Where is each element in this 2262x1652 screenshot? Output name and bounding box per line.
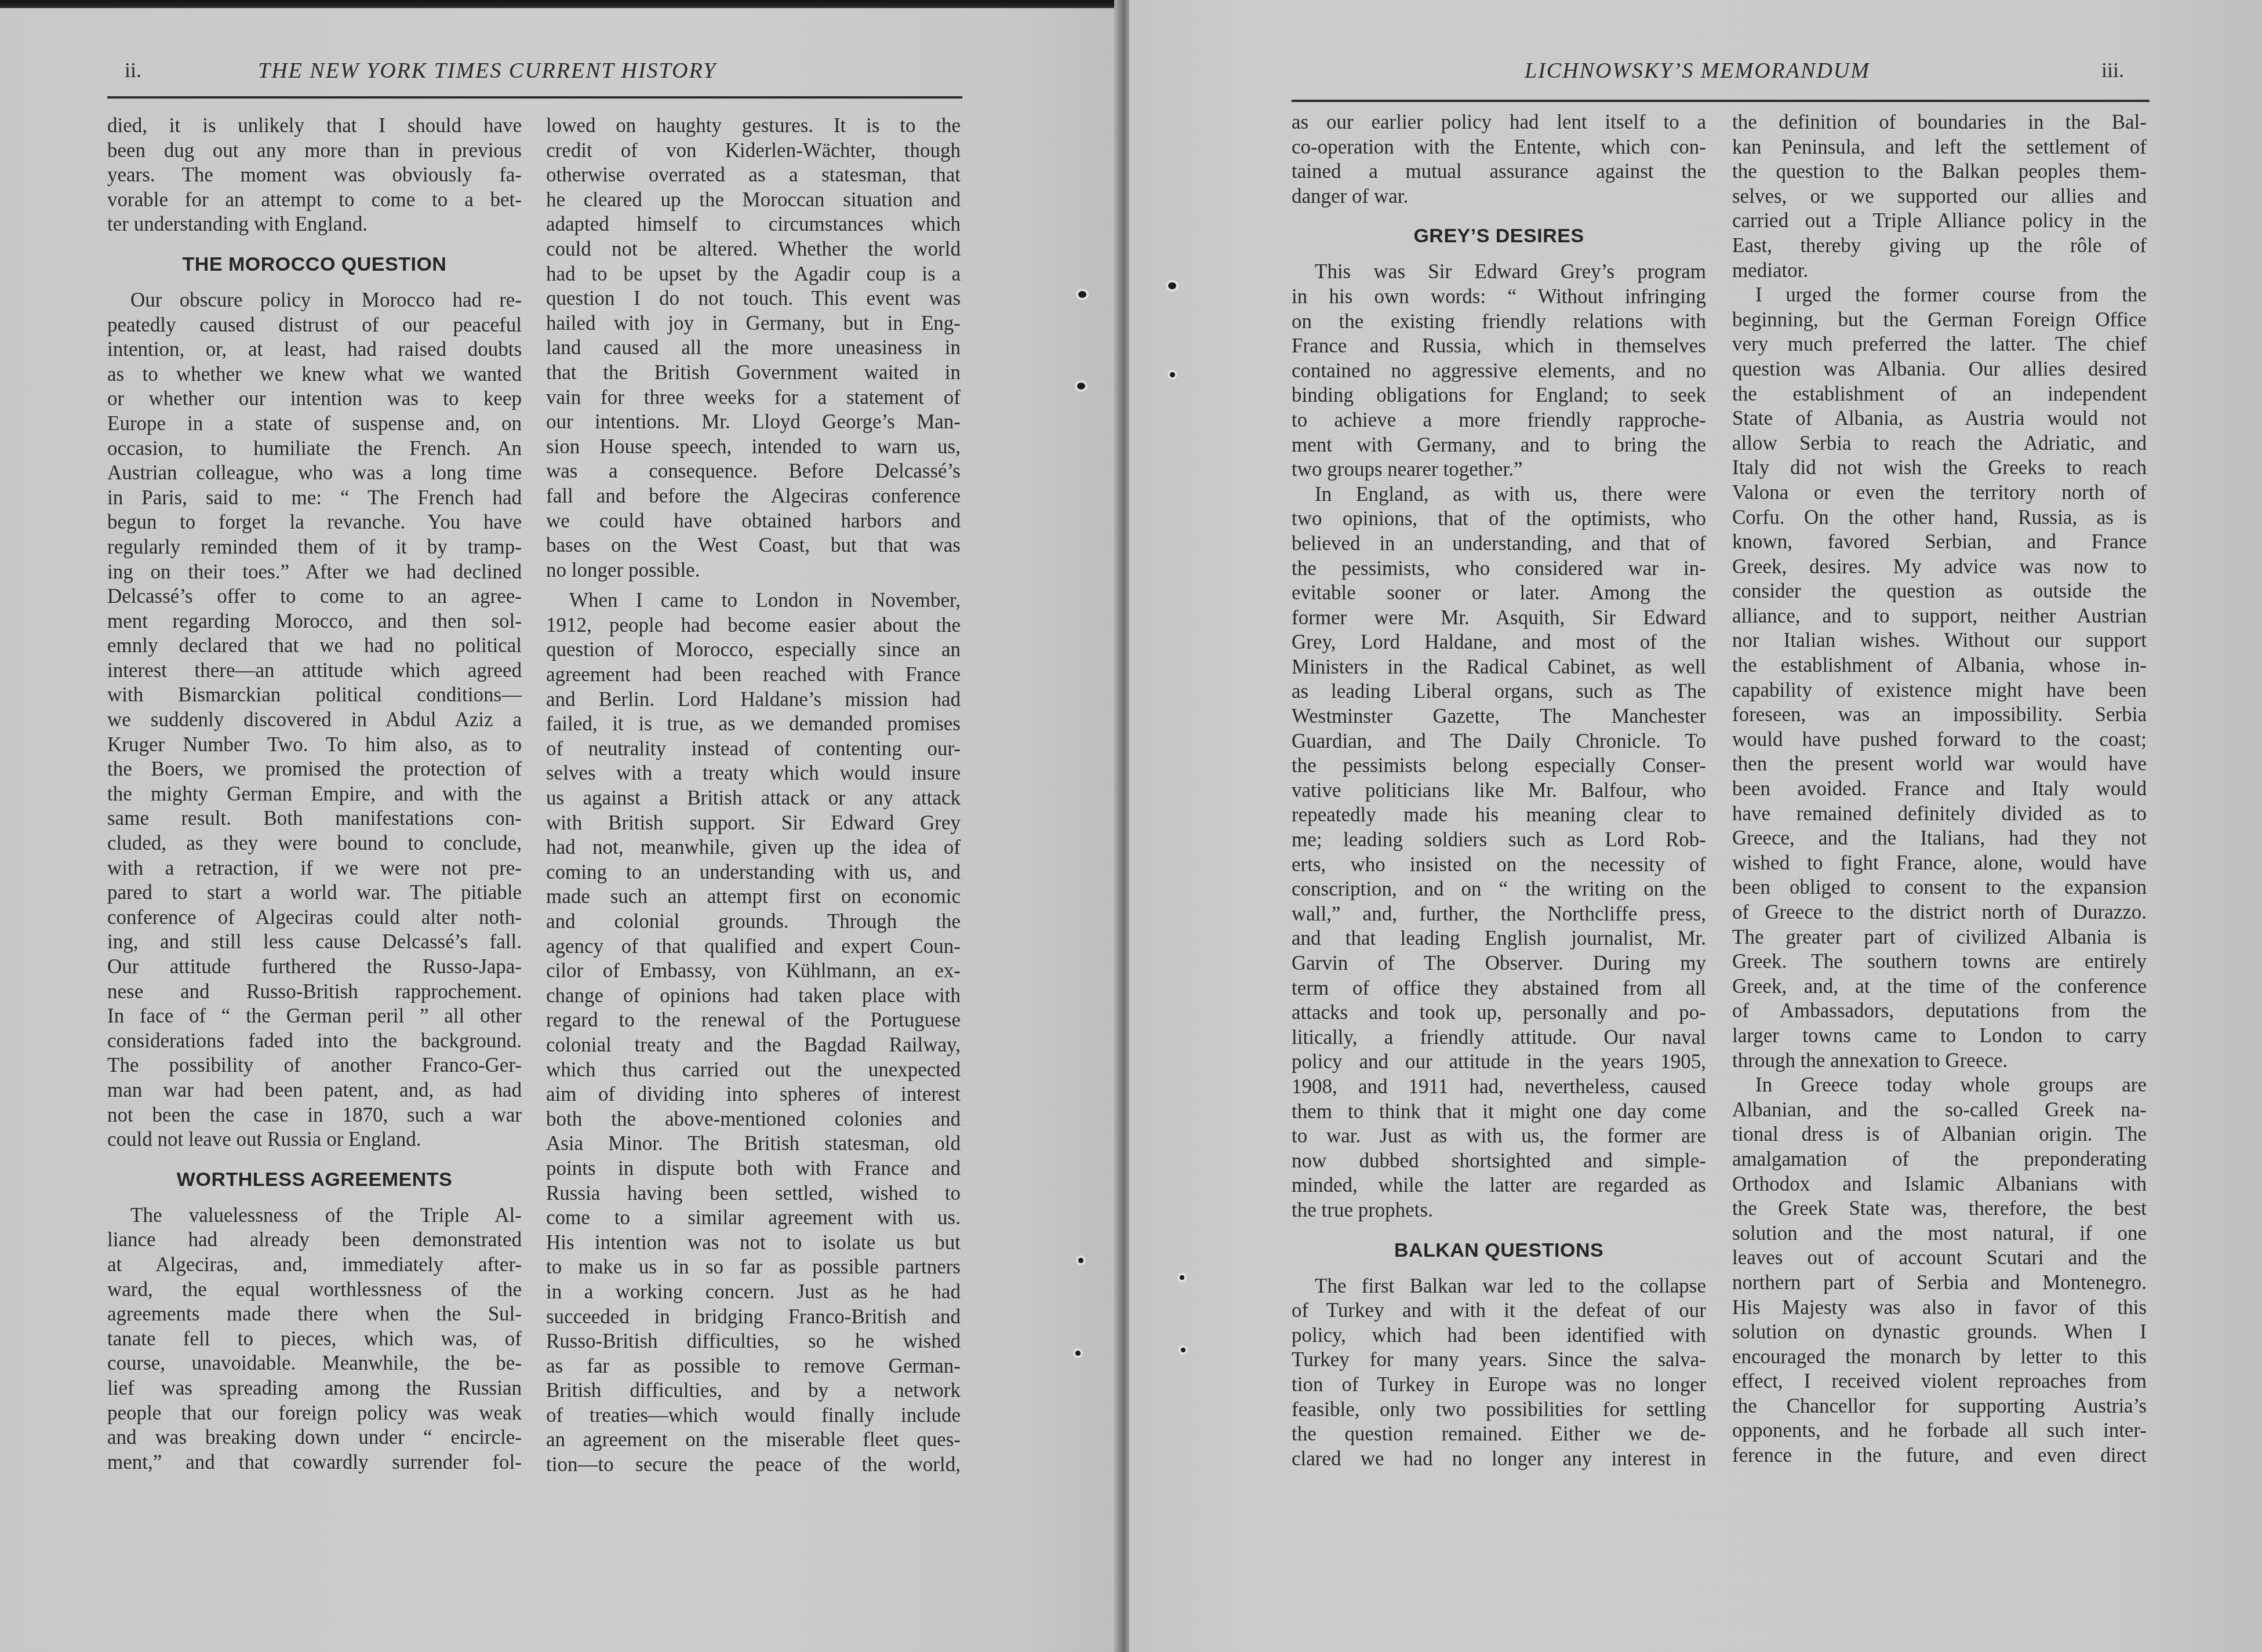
text-line: and was breaking down under “ encircle- bbox=[107, 1425, 522, 1450]
text-line: of treaties—which would finally include bbox=[546, 1403, 961, 1428]
text-line: co-operation with the Entente, which con… bbox=[1292, 135, 1706, 160]
text-line: In Greece today whole groups are bbox=[1732, 1073, 2147, 1098]
text-line: emnly declared that we had no political bbox=[107, 634, 522, 658]
text-line: change of opinions had taken place with bbox=[546, 984, 961, 1009]
text-line: begun to forget la revanche. You have bbox=[107, 510, 522, 535]
text-line: had not, meanwhile, given up the idea of bbox=[546, 835, 961, 860]
text-line: question was Albania. Our allies desired bbox=[1732, 357, 2147, 382]
text-line: interest there—an attitude which agreed bbox=[107, 658, 522, 683]
text-line: coming to an understanding with us, and bbox=[546, 860, 961, 885]
text-line: ment regarding Morocco, and then sol- bbox=[107, 609, 522, 634]
text-line: the question remained. Either we de- bbox=[1292, 1422, 1706, 1447]
text-line: or whether our intention was to keep bbox=[107, 387, 522, 412]
text-line: in a working concern. Just as he had bbox=[546, 1280, 961, 1305]
text-line: the Greek State was, therefore, the best bbox=[1732, 1196, 2147, 1221]
folio-right: iii. bbox=[2101, 58, 2124, 82]
book-cover-edge bbox=[0, 0, 1128, 8]
text-line: had to be upset by the Agadir coup is a bbox=[546, 262, 961, 287]
binding-hole bbox=[1077, 383, 1085, 390]
text-line: vorable for an attempt to come to a bet- bbox=[107, 188, 522, 213]
text-line: as leading Liberal organs, such as The bbox=[1292, 679, 1706, 704]
text-line: Russo-British difficulties, so he wished bbox=[546, 1329, 961, 1354]
left-page-column-2: lowed on haughty gestures. It is to thec… bbox=[546, 114, 961, 1478]
text-line: credit of von Kiderlen-Wächter, though bbox=[546, 139, 961, 163]
text-line: larger towns came to London to carry bbox=[1732, 1024, 2147, 1049]
text-line: binding obligations for England; to seek bbox=[1292, 383, 1706, 408]
text-line: both the above-mentioned colonies and bbox=[546, 1107, 961, 1132]
text-line: The possibility of another Franco-Ger- bbox=[107, 1053, 522, 1078]
text-line: Westminster Gazette, The Manchester bbox=[1292, 704, 1706, 729]
text-line: attacks and took up, personally and po- bbox=[1292, 1000, 1706, 1025]
text-line: as our earlier policy had lent itself to… bbox=[1292, 110, 1706, 135]
text-line: capability of existence might have been bbox=[1732, 678, 2147, 703]
text-line: wished to fight France, alone, would hav… bbox=[1732, 851, 2147, 876]
text-line: evitable sooner or later. Among the bbox=[1292, 581, 1706, 606]
text-line: the definition of boundaries in the Bal- bbox=[1732, 110, 2147, 135]
text-line: Turkey for many years. Since the salva- bbox=[1292, 1348, 1706, 1373]
text-line: through the annexation to Greece. bbox=[1732, 1049, 2147, 1074]
text-line: Our attitude furthered the Russo-Japa- bbox=[107, 955, 522, 980]
text-line: solution on dynastic grounds. When I bbox=[1732, 1320, 2147, 1345]
text-line: of Turkey and with it the defeat of our bbox=[1292, 1298, 1706, 1323]
text-line: conscription, and on “ the writing on th… bbox=[1292, 877, 1706, 902]
text-line: the pessimists belong especially Conser- bbox=[1292, 754, 1706, 778]
text-line: to achieve a more friendly rapproche- bbox=[1292, 408, 1706, 433]
text-line: danger of war. bbox=[1292, 184, 1706, 209]
text-line: of neutrality instead of contenting our- bbox=[546, 737, 961, 762]
text-line: encouraged the monarch by letter to this bbox=[1732, 1345, 2147, 1370]
text-line: Russia having been settled, wished to bbox=[546, 1181, 961, 1206]
text-line: intention, or, at least, had raised doub… bbox=[107, 337, 522, 362]
binding-hole bbox=[1180, 1275, 1184, 1280]
text-line: agreements made there when the Sul- bbox=[107, 1302, 522, 1327]
text-line: Corfu. On the other hand, Russia, as is bbox=[1732, 505, 2147, 530]
text-line: and colonial grounds. Through the bbox=[546, 909, 961, 934]
binding-hole bbox=[1168, 282, 1176, 289]
text-line: beginning, but the German Foreign Office bbox=[1732, 308, 2147, 333]
text-line: Greece, and the Italians, had they not bbox=[1732, 826, 2147, 851]
text-line: carried out a Triple Alliance policy in … bbox=[1732, 209, 2147, 234]
text-line: Asia Minor. The British statesman, old bbox=[546, 1131, 961, 1156]
text-line: the Chancellor for supporting Austria’s bbox=[1732, 1394, 2147, 1419]
text-line: the establishment of an independent bbox=[1732, 382, 2147, 407]
text-line: vative politicians like Mr. Balfour, who bbox=[1292, 778, 1706, 803]
binding-hole bbox=[1078, 291, 1086, 298]
text-line: the establishment of Albania, whose in- bbox=[1732, 653, 2147, 678]
right-page-column-2: the definition of boundaries in the Bal-… bbox=[1732, 110, 2147, 1468]
text-line: could not be altered. Whether the world bbox=[546, 237, 961, 262]
text-line: occasion, to humiliate the French. An bbox=[107, 436, 522, 461]
text-line: amalgamation of the preponderating bbox=[1732, 1147, 2147, 1172]
text-line: This was Sir Edward Grey’s program bbox=[1292, 260, 1706, 285]
text-line: on the existing friendly relations with bbox=[1292, 310, 1706, 334]
text-line: vain for three weeks for a statement of bbox=[546, 385, 961, 410]
text-line: Grey, Lord Haldane, and most of the bbox=[1292, 630, 1706, 655]
text-line: When I came to London in November, bbox=[546, 588, 961, 613]
text-line: we could have obtained harbors and bbox=[546, 509, 961, 534]
text-line: effect, I received violent reproaches fr… bbox=[1732, 1369, 2147, 1394]
text-line: bases on the West Coast, but that was bbox=[546, 533, 961, 558]
text-line: Ministers in the Radical Cabinet, as wel… bbox=[1292, 655, 1706, 680]
right-page-column-1: as our earlier policy had lent itself to… bbox=[1292, 110, 1706, 1471]
text-line: Guardian, and The Daily Chronicle. To bbox=[1292, 729, 1706, 754]
text-line: considerations faded into the background… bbox=[107, 1029, 522, 1054]
binding-hole bbox=[1170, 372, 1175, 377]
running-head-right: LICHNOWSKY’S MEMORANDUM bbox=[1525, 58, 1870, 87]
text-line: ment,” and that cowardly surrender fol- bbox=[107, 1450, 522, 1475]
text-line: made such an attempt first on economic bbox=[546, 885, 961, 909]
text-line: the pessimists, who considered war in- bbox=[1292, 556, 1706, 581]
text-line: mediator. bbox=[1732, 259, 2147, 283]
text-line: the question to the Balkan peoples them- bbox=[1732, 159, 2147, 184]
text-line: alliance, and to support, neither Austri… bbox=[1732, 604, 2147, 629]
text-line: kan Peninsula, and left the settlement o… bbox=[1732, 135, 2147, 160]
section-heading: BALKAN QUESTIONS bbox=[1292, 1230, 1706, 1271]
text-line: His intention was not to isolate us but bbox=[546, 1231, 961, 1256]
text-line: land caused all the more uneasiness in bbox=[546, 336, 961, 361]
text-line: not been the case in 1870, such a war bbox=[107, 1103, 522, 1128]
text-line: ing on their toes.” After we had decline… bbox=[107, 560, 522, 585]
text-line: term of office they abstained from all bbox=[1292, 976, 1706, 1001]
section-heading: WORTHLESS AGREEMENTS bbox=[107, 1159, 522, 1200]
text-line: I urged the former course from the bbox=[1732, 283, 2147, 308]
text-line: Garvin of The Observer. During my bbox=[1292, 951, 1706, 976]
text-line: clared we had no longer any interest in bbox=[1292, 1447, 1706, 1472]
text-line: colonial treaty and the Bagdad Railway, bbox=[546, 1033, 961, 1058]
binding-hole bbox=[1078, 1258, 1083, 1263]
text-line: East, thereby giving up the rôle of bbox=[1732, 234, 2147, 259]
text-line: feasible, only two possibilities for set… bbox=[1292, 1398, 1706, 1422]
text-line: British difficulties, and by a network bbox=[546, 1378, 961, 1403]
text-line: to make us in so far as possible partner… bbox=[546, 1255, 961, 1280]
text-line: that the British Government waited in bbox=[546, 361, 961, 385]
text-line: consider the question as outside the bbox=[1732, 579, 2147, 604]
text-line: the true prophets. bbox=[1292, 1198, 1706, 1223]
text-line: the mighty German Empire, and with the bbox=[107, 782, 522, 807]
text-line: opponents, and he forbade all such inter… bbox=[1732, 1418, 2147, 1443]
text-line: he cleared up the Moroccan situation and bbox=[546, 188, 961, 213]
text-line: aim of dividing into spheres of interest bbox=[546, 1082, 961, 1107]
text-line: selves with a treaty which would insure bbox=[546, 761, 961, 786]
text-line: The valuelessness of the Triple Al- bbox=[107, 1203, 522, 1228]
text-line: In England, as with us, there were bbox=[1292, 482, 1706, 507]
text-line: have remained definitely divided as to bbox=[1732, 802, 2147, 827]
text-line: cluded, as they were bound to conclude, bbox=[107, 831, 522, 856]
text-line: tion of Turkey in Europe was no longer bbox=[1292, 1373, 1706, 1398]
text-line: repeatedly made his meaning clear to bbox=[1292, 803, 1706, 828]
text-line: at Algeciras, and, immediately after- bbox=[107, 1253, 522, 1278]
text-line: could not leave out Russia or England. bbox=[107, 1127, 522, 1152]
text-line: Italy did not wish the Greeks to reach bbox=[1732, 456, 2147, 481]
text-line: agreement had been reached with France bbox=[546, 663, 961, 687]
text-line: them to think that it might one day come bbox=[1292, 1100, 1706, 1125]
text-line: ward, the equal worthlessness of the bbox=[107, 1278, 522, 1302]
text-line: wall,” and, further, the Northcliffe pre… bbox=[1292, 902, 1706, 927]
text-line: two opinions, that of the optimists, who bbox=[1292, 507, 1706, 532]
text-line: of Ambassadors, deputations from the bbox=[1732, 999, 2147, 1024]
text-line: erts, who insisted on the necessity of bbox=[1292, 853, 1706, 878]
text-line: me; leading soldiers such as Lord Rob- bbox=[1292, 828, 1706, 853]
text-line: to war. Just as with us, the former are bbox=[1292, 1124, 1706, 1149]
text-line: succeeded in bridging Franco-British and bbox=[546, 1305, 961, 1330]
text-line: very much preferred the latter. The chie… bbox=[1732, 332, 2147, 357]
text-line: policy and our attitude in the years 190… bbox=[1292, 1050, 1706, 1075]
text-line: Greek, and, at the time of the conferenc… bbox=[1732, 974, 2147, 999]
text-line: foreseen, was an impossibility. Serbia bbox=[1732, 703, 2147, 727]
text-line: as far as possible to remove German- bbox=[546, 1354, 961, 1379]
text-line: been avoided. France and Italy would bbox=[1732, 777, 2147, 802]
text-line: been dug out any more than in previous bbox=[107, 139, 522, 163]
text-line: Europe in a state of suspense and, on bbox=[107, 412, 522, 436]
text-line: come to a similar agreement with us. bbox=[546, 1206, 961, 1231]
text-line: Greek, desires. My advice was now to bbox=[1732, 555, 2147, 580]
text-line: hailed with joy in Germany, but in Eng- bbox=[546, 311, 961, 336]
text-line: ment with Germany, and to bring the bbox=[1292, 433, 1706, 458]
text-line: known, favored Serbian, and France bbox=[1732, 530, 2147, 555]
text-line: State of Albania, as Austria would not bbox=[1732, 406, 2147, 431]
running-head-left: THE NEW YORK TIMES CURRENT HISTORY bbox=[258, 58, 717, 87]
text-line: contained no aggressive elements, and no bbox=[1292, 359, 1706, 384]
text-line: died, it is unlikely that I should have bbox=[107, 114, 522, 139]
text-line: an agreement on the miserable fleet ques… bbox=[546, 1428, 961, 1453]
text-line: believed in an understanding, and that o… bbox=[1292, 532, 1706, 556]
text-line: 1908, and 1911 had, nevertheless, caused bbox=[1292, 1075, 1706, 1100]
text-line: northern part of Serbia and Montenegro. bbox=[1732, 1271, 2147, 1296]
text-line: nese and Russo-British rapprochement. bbox=[107, 980, 522, 1005]
text-line: Valona or even the territory north of bbox=[1732, 481, 2147, 505]
text-line: question of Morocco, especially since an bbox=[546, 638, 961, 663]
text-line: was a consequence. Before Delcassé’s bbox=[546, 459, 961, 484]
text-line: question I do not touch. This event was bbox=[546, 286, 961, 311]
text-line: France and Russia, which in themselves bbox=[1292, 334, 1706, 359]
text-line: the Boers, we promised the protection of bbox=[107, 757, 522, 782]
text-line: ter understanding with England. bbox=[107, 212, 522, 237]
text-line: failed, it is true, as we demanded promi… bbox=[546, 712, 961, 737]
text-line: with British support. Sir Edward Grey bbox=[546, 811, 961, 836]
left-page-column-1: died, it is unlikely that I should haveb… bbox=[107, 114, 522, 1475]
text-line: cilor of Embassy, von Kühlmann, an ex- bbox=[546, 959, 961, 984]
text-line: in his own words: “ Without infringing bbox=[1292, 285, 1706, 310]
text-line: same result. Both manifestations con- bbox=[107, 806, 522, 831]
book-gutter bbox=[1114, 0, 1129, 1652]
text-line: Albanian, and the so-called Greek na- bbox=[1732, 1098, 2147, 1123]
text-line: Our obscure policy in Morocco had re- bbox=[107, 288, 522, 313]
text-line: us against a British attack or any attac… bbox=[546, 786, 961, 811]
text-line: 1912, people had become easier about the bbox=[546, 613, 961, 638]
text-line: solution and the most natural, if one bbox=[1732, 1221, 2147, 1246]
text-line: allow Serbia to reach the Adriatic, and bbox=[1732, 431, 2147, 456]
text-line: and that leading English journalist, Mr. bbox=[1292, 926, 1706, 951]
text-line: fall and before the Algeciras conference bbox=[546, 484, 961, 509]
text-line: former were Mr. Asquith, Sir Edward bbox=[1292, 606, 1706, 631]
text-line: Orthodox and Islamic Albanians with bbox=[1732, 1172, 2147, 1197]
text-line: Kruger Number Two. To him also, as to bbox=[107, 733, 522, 758]
text-line: two groups nearer together.” bbox=[1292, 457, 1706, 482]
text-line: minded, while the latter are regarded as bbox=[1292, 1173, 1706, 1198]
text-line: tion—to secure the peace of the world, bbox=[546, 1453, 961, 1478]
text-line: been obliged to consent to the expansion bbox=[1732, 875, 2147, 900]
text-line: tained a mutual assurance against the bbox=[1292, 159, 1706, 184]
text-line: as to whether we knew what we wanted bbox=[107, 362, 522, 387]
text-line: agency of that qualified and expert Coun… bbox=[546, 934, 961, 959]
binding-hole bbox=[1075, 1351, 1081, 1356]
text-line: people that our foreign policy was weak bbox=[107, 1401, 522, 1426]
text-line: tional dress is of Albanian origin. The bbox=[1732, 1122, 2147, 1147]
text-line: nor Italian wishes. Without our support bbox=[1732, 628, 2147, 653]
text-line: litically, a friendly attitude. Our nava… bbox=[1292, 1025, 1706, 1050]
text-line: in Paris, said to me: “ The French had bbox=[107, 486, 522, 511]
text-line: adapted himself to circumstances which bbox=[546, 212, 961, 237]
text-line: tanate fell to pieces, which was, of bbox=[107, 1327, 522, 1352]
text-line: lief was spreading among the Russian bbox=[107, 1376, 522, 1401]
text-line: lowed on haughty gestures. It is to the bbox=[546, 114, 961, 139]
text-line: then the present world war would have bbox=[1732, 752, 2147, 777]
text-line: peatedly caused distrust of our peaceful bbox=[107, 313, 522, 338]
text-line: His Majesty was also in favor of this bbox=[1732, 1296, 2147, 1320]
text-line: pared to start a world war. The pitiable bbox=[107, 880, 522, 905]
text-line: and Berlin. Lord Haldane’s mission had bbox=[546, 687, 961, 712]
folio-left: ii. bbox=[125, 58, 141, 82]
text-line: of Greece to the district north of Duraz… bbox=[1732, 900, 2147, 925]
text-line: with a retraction, if we were not pre- bbox=[107, 856, 522, 881]
text-line: ing, and still less cause Delcassé’s fal… bbox=[107, 930, 522, 955]
text-line: regard to the renewal of the Portuguese bbox=[546, 1008, 961, 1033]
text-line: man war had been patent, and, as had bbox=[107, 1078, 522, 1103]
text-line: Greek. The southern towns are entirely bbox=[1732, 949, 2147, 974]
text-line: which thus carried out the unexpected bbox=[546, 1058, 961, 1083]
section-heading: THE MOROCCO QUESTION bbox=[107, 244, 522, 285]
text-line: Austrian colleague, who was a long time bbox=[107, 461, 522, 486]
text-line: ference in the future, and even direct bbox=[1732, 1443, 2147, 1468]
text-line: otherwise overrated as a statesman, that bbox=[546, 163, 961, 188]
text-line: The greater part of civilized Albania is bbox=[1732, 925, 2147, 950]
text-line: policy, which had been identified with bbox=[1292, 1323, 1706, 1348]
binding-hole bbox=[1181, 1348, 1185, 1352]
text-line: course, unavoidable. Meanwhile, the be- bbox=[107, 1351, 522, 1376]
text-line: would have pushed forward to the coast; bbox=[1732, 727, 2147, 752]
text-line: now dubbed shortsighted and simple- bbox=[1292, 1149, 1706, 1174]
header-rule-left bbox=[107, 96, 962, 99]
text-line: selves, or we supported our allies and bbox=[1732, 184, 2147, 209]
text-line: years. The moment was obviously fa- bbox=[107, 163, 522, 188]
text-line: conference of Algeciras could alter noth… bbox=[107, 905, 522, 930]
text-line: our intentions. Mr. Lloyd George’s Man- bbox=[546, 410, 961, 435]
text-line: points in dispute both with France and bbox=[546, 1156, 961, 1181]
section-heading: GREY’S DESIRES bbox=[1292, 216, 1706, 256]
text-line: liance had already been demonstrated bbox=[107, 1228, 522, 1253]
text-line: Delcassé’s offer to come to an agree- bbox=[107, 584, 522, 609]
text-line: we suddenly discovered in Abdul Aziz a bbox=[107, 708, 522, 733]
text-line: leaves out of account Scutari and the bbox=[1732, 1246, 2147, 1271]
paragraph-gap bbox=[546, 583, 961, 588]
text-line: The first Balkan war led to the collapse bbox=[1292, 1274, 1706, 1299]
text-line: regularly reminded them of it by tramp- bbox=[107, 535, 522, 560]
text-line: sion House speech, intended to warn us, bbox=[546, 435, 961, 460]
text-line: with Bismarckian political conditions— bbox=[107, 683, 522, 708]
text-line: In face of “ the German peril ” all othe… bbox=[107, 1004, 522, 1029]
header-rule-right bbox=[1292, 100, 2150, 102]
text-line: no longer possible. bbox=[546, 558, 961, 583]
